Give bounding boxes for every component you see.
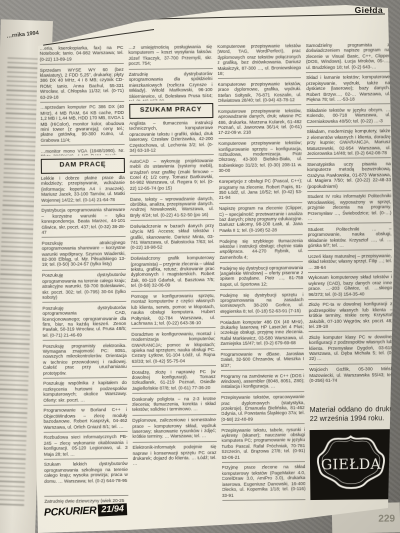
classified-ad: Przepisywanie tekstu, tabele, rysunki i … — [221, 423, 305, 462]
classified-ad: …monitor mono VGA (1948/1990). Nr. Płyta… — [41, 144, 125, 156]
classified-ad: Podejmę się szybkiego tłumaczenia tekstó… — [219, 234, 303, 262]
classified-ad: Komputerowe przepisywanie tekstów; konfi… — [218, 137, 302, 176]
classified-ad: Złożę PC-ta w dowolnej konfiguracji z po… — [309, 298, 393, 331]
classified-ad: Szukam lekkich dystrybutorów oprogramowa… — [44, 458, 128, 486]
classified-ad: Uczeń klasy maturalnej – przepisywanie, … — [308, 250, 392, 272]
classified-ad: Poszukuję programisty elektronika. Wymag… — [43, 339, 127, 378]
classified-ad: Korepetycje z obsługi PC (Pascal, C++); … — [218, 175, 302, 203]
classified-ad: …Oddział, Adam Wawszczyk, 41-800 Zabrze,… — [222, 499, 306, 502]
column-3-ads: Komputerowe przepisywanie tekstów (Word,… — [217, 43, 306, 502]
classified-ad: Programowanie w dBase. Jarosław Gałaś, 3… — [220, 348, 304, 370]
classified-ad: Podejmę się dystrybucji oprogramowania (… — [219, 261, 303, 289]
classified-ad: Poszukuję dystrybutorów oprogramowania C… — [42, 301, 126, 340]
classified-ad: Rozbudowa sieci informatycznych PB-245 –… — [44, 431, 128, 459]
classified-ad: Zatrudnię dystrybutorów oprogramowania d… — [129, 68, 213, 101]
classified-ad: Komputerowe przepisywanie tekstów, wprow… — [218, 105, 302, 138]
classified-ad: Stenotypistka uczy pisania na komputerze… — [307, 158, 391, 191]
classified-ad: Pomogę w konfigurowaniu sprzętu, montaż … — [131, 290, 215, 329]
classified-ad: Anglista – tłumaczenia instrukcji techni… — [129, 120, 213, 155]
classified-ad: Przyjmę prace zlecone na skład komputero… — [221, 461, 305, 500]
classified-ad: Skład i łamanie tekstów; komputerowe prz… — [306, 71, 390, 104]
classified-ad: Sprzedam WYSE WY 60 (bez klawiatury), 2 … — [40, 63, 124, 102]
section-header-dam-prace: DAM PRACĘ — [41, 157, 125, 173]
magazine-logo-text: PCKURIER — [44, 505, 97, 519]
classified-ad: Złożę komputer klasy PC w dowolnej konfi… — [309, 331, 393, 364]
classified-ad-cutoff: Zatrudnię dwie dziewczyny (wiek 20-25 — [44, 495, 128, 504]
classified-ad: Przepisywanie tekstów, opracowywanie pra… — [221, 391, 305, 424]
classified-ad: Składanie tekstów w języku obcym. … Kole… — [306, 104, 390, 126]
classified-columns: …eria, kserokopiarka, fax) na PC Noteboo… — [40, 42, 395, 504]
classified-ad: Elektronik-informatyk podejmie się napra… — [133, 441, 217, 469]
gielda-logo-text: GIEŁDA — [321, 457, 382, 474]
classified-ad: Programowanie w Borland C++ i ObjectWind… — [43, 404, 127, 432]
gielda-badge-logo: GIEŁDA — [310, 429, 393, 500]
classified-ad: Student Politechniki … – programowanie, … — [308, 222, 392, 250]
column-1-ads: Lekkie i dobrze płatne prace dla młodzie… — [41, 175, 128, 486]
classified-ad: Dane, teksty – wprowadzanie danych, obró… — [130, 192, 214, 220]
column-2: …z umiejętnością posługiwania się komput… — [128, 44, 217, 503]
classified-ad: Posiadam komputer 486 DX (40 MHz), druka… — [220, 315, 304, 348]
classified-ad: Poszukuję wspólnika z kapitałem do rozkr… — [43, 377, 127, 405]
column-4-ads: Samodzielny programista z doświadczeniem… — [306, 42, 393, 401]
page-number: 229 — [378, 513, 395, 524]
classified-ad: Dyplomowe, zaliczeniowe i semestralne pr… — [132, 414, 216, 442]
column-4: Samodzielny programista z doświadczeniem… — [306, 42, 395, 501]
classified-ad: …sprzedam komputer PC 386 DX (40 MHz), 4… — [40, 101, 124, 145]
classified-ad: Wykonam komputerowy skład tekstów i wykr… — [308, 271, 392, 299]
photographed-magazine-page: …rnika 1994 229 13 października 1994 Gie… — [0, 0, 400, 533]
column-2-top-ads: …z umiejętnością posługiwania się komput… — [128, 44, 212, 101]
classified-ad: Samodzielny programista z doświadczeniem… — [306, 42, 390, 72]
issue-number-badge: 21/94 — [98, 503, 127, 516]
classified-ad: Komputerowe przepisywanie tekstów, prace… — [217, 78, 301, 106]
classified-ad: Programy na zamówienie w C++ (DOS i Wind… — [221, 369, 305, 391]
classified-ad: Napiszę program na zlecenie (Clipper, C)… — [219, 202, 303, 235]
classified-ad: Poszukuję dystrybutorów oprogramowania n… — [42, 269, 126, 302]
classified-ad: Doświadczony grafik komputerowy (program… — [131, 252, 215, 291]
badge-shield-icon: GIEŁDA — [312, 432, 391, 497]
classified-ad: Komputerowe przepisywanie tekstów (Word,… — [217, 43, 301, 78]
classified-ad: Lekkie i dobrze płatne prace dla młodzie… — [41, 175, 125, 205]
classified-ad: Składam, modernizuję komputery, także z … — [307, 125, 391, 158]
classified-ad: Doskonały poliglota – na 2-3 krotne zlec… — [132, 392, 216, 414]
classified-ad: Student IV roku informatyki Politechniki… — [307, 190, 391, 223]
column-3: Komputerowe przepisywanie tekstów (Word,… — [217, 43, 306, 502]
classified-ad: Doświadczenie w bazach danych przy użyci… — [130, 219, 214, 252]
column-1-top-ads: …eria, kserokopiarka, fax) na PC Noteboo… — [40, 45, 125, 156]
classified-ad: …z umiejętnością posługiwania się komput… — [128, 44, 212, 69]
pckurier-masthead: PCKURIER 21/94 — [44, 503, 127, 519]
section-header-szukam-pracy: SZUKAM PRACY — [129, 103, 213, 119]
gielda-page: 13 października 1994 Giełda …eria, ksero… — [26, 0, 398, 533]
classified-ad: Doradztwo w konfigurowaniu, montaż i mod… — [131, 327, 215, 366]
classified-ad: Podejmę się dystrybucji sprzętu i oprogr… — [220, 288, 304, 316]
previous-page-date-fragment: …rnika 1994 — [6, 30, 39, 39]
classified-ad: Poszukuję atrakcyjnego oprogramowania sh… — [42, 236, 126, 269]
print-deadline-note: Materiał oddano do druku 22 września 199… — [310, 405, 394, 424]
classified-ad: AutoCAD – wykonuję projektowanie mebli d… — [130, 154, 214, 193]
classified-ad: Wojciech Goźlik, 05-300 Mińsk Mazowiecki… — [309, 363, 393, 385]
column-2-ads: Anglista – tłumaczenia instrukcji techni… — [129, 120, 216, 469]
column-1: …eria, kserokopiarka, fax) na PC Noteboo… — [40, 45, 129, 504]
classified-ad: Dystrybucja oprogramowania shareware – k… — [41, 204, 125, 237]
classified-ad: Doradzę, złożę i naprawię PC (w dowolnej… — [132, 365, 216, 393]
classified-ad: …eria, kserokopiarka, fax) na PC Noteboo… — [40, 45, 124, 64]
